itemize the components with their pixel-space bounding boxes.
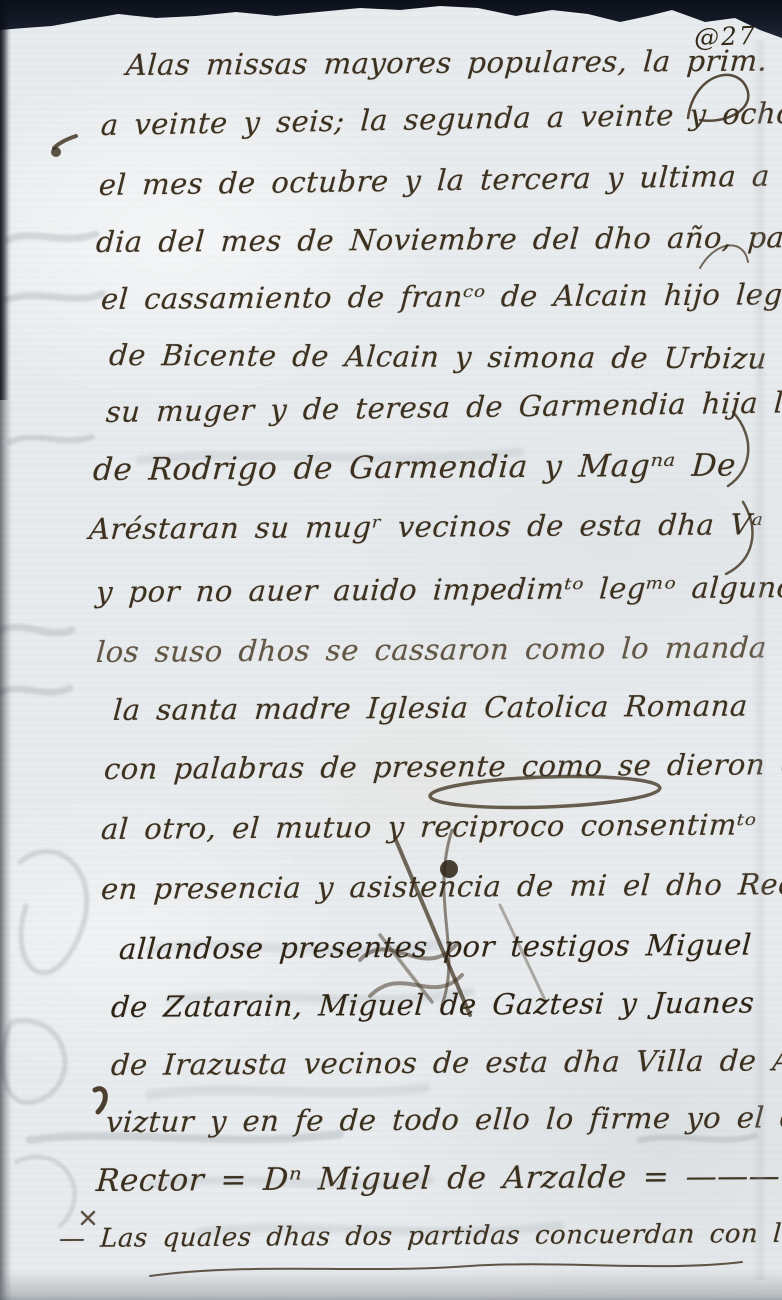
- manuscript-line: el cassamiento de franᶜᵒ de Alcain hijo …: [100, 277, 782, 316]
- manuscript-line: al otro, el mutuo y reciproco consentimᵗ…: [100, 807, 757, 846]
- manuscript-line: Aréstaran su mugʳ vecinos de esta dha Vᵃ: [88, 507, 764, 546]
- paper-crease: [752, 40, 768, 1280]
- page-left-edge-shadow: [0, 0, 9, 400]
- manuscript-line: Alas missas mayores populares, la prim.: [125, 44, 769, 82]
- manuscript-line: de Zatarain, Miguel de Gaztesi y Juanes: [110, 986, 755, 1024]
- manuscript-line: la santa madre Iglesia Catolica Romana: [112, 689, 749, 727]
- manuscript-line: Rector = Dⁿ Miguel de Arzalde = ——— ———: [95, 1157, 782, 1199]
- page-bottom-shadow: [0, 1270, 782, 1300]
- manuscript-line: los suso dhos se cassaron como lo manda: [95, 630, 768, 669]
- manuscript-line: de Rodrigo de Garmendia y Magⁿᵃ De: [92, 448, 737, 488]
- manuscript-line: en presencia y asistencia de mi el dho R…: [100, 867, 782, 906]
- manuscript-line: allandose presentes por testigos Miguel: [118, 928, 753, 966]
- manuscript-line: de Bicente de Alcain y simona de Urbizu: [108, 338, 768, 375]
- manuscript-line: dia del mes de Noviembre del dho año, pa…: [95, 220, 782, 259]
- manuscript-line: con palabras de presente como se dieron …: [103, 747, 782, 786]
- manuscript-line: viztur y en fe de todo ello lo firme yo …: [105, 1100, 782, 1139]
- manuscript-scan: @27 Alas missas mayores populares, la pr…: [0, 0, 782, 1300]
- manuscript-line: y por no auer auido impedimᵗᵒ legᵐᵒ algu…: [95, 570, 782, 609]
- manuscript-line: de Irazusta vecinos de esta dha Villa de…: [110, 1043, 782, 1082]
- manuscript-line: — Las quales dhas dos partidas concuerda…: [58, 1219, 782, 1254]
